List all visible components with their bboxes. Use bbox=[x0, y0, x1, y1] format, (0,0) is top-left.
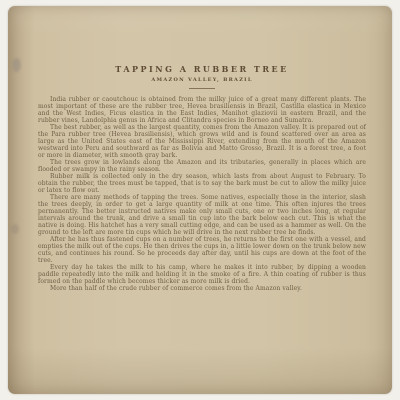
paragraph: Rubber milk is collected only in the dry… bbox=[38, 173, 366, 194]
paragraph: After he has thus fastened cups on a num… bbox=[38, 236, 366, 264]
divider-rule bbox=[189, 88, 215, 89]
paragraph: There are many methods of tapping the tr… bbox=[38, 194, 366, 236]
scanned-page-background: TAPPING A RUBBER TREE AMAZON VALLEY, BRA… bbox=[0, 0, 400, 400]
body-text: India rubber or caoutchouc is obtained f… bbox=[38, 96, 366, 292]
page-content: TAPPING A RUBBER TREE AMAZON VALLEY, BRA… bbox=[38, 64, 366, 292]
paragraph: The best rubber, as well as the largest … bbox=[38, 124, 366, 159]
scan-artifact-mark bbox=[11, 224, 19, 234]
paragraph: The trees grow in lowlands along the Ama… bbox=[38, 159, 366, 173]
paragraph: More than half of the crude rubber of co… bbox=[38, 285, 366, 292]
paragraph: Every day he takes the milk to his camp,… bbox=[38, 264, 366, 285]
page-title: TAPPING A RUBBER TREE bbox=[38, 64, 366, 74]
card-page: TAPPING A RUBBER TREE AMAZON VALLEY, BRA… bbox=[8, 6, 392, 394]
scan-artifact-mark bbox=[12, 58, 21, 72]
page-subtitle: AMAZON VALLEY, BRAZIL bbox=[38, 77, 366, 83]
paragraph: India rubber or caoutchouc is obtained f… bbox=[38, 96, 366, 124]
